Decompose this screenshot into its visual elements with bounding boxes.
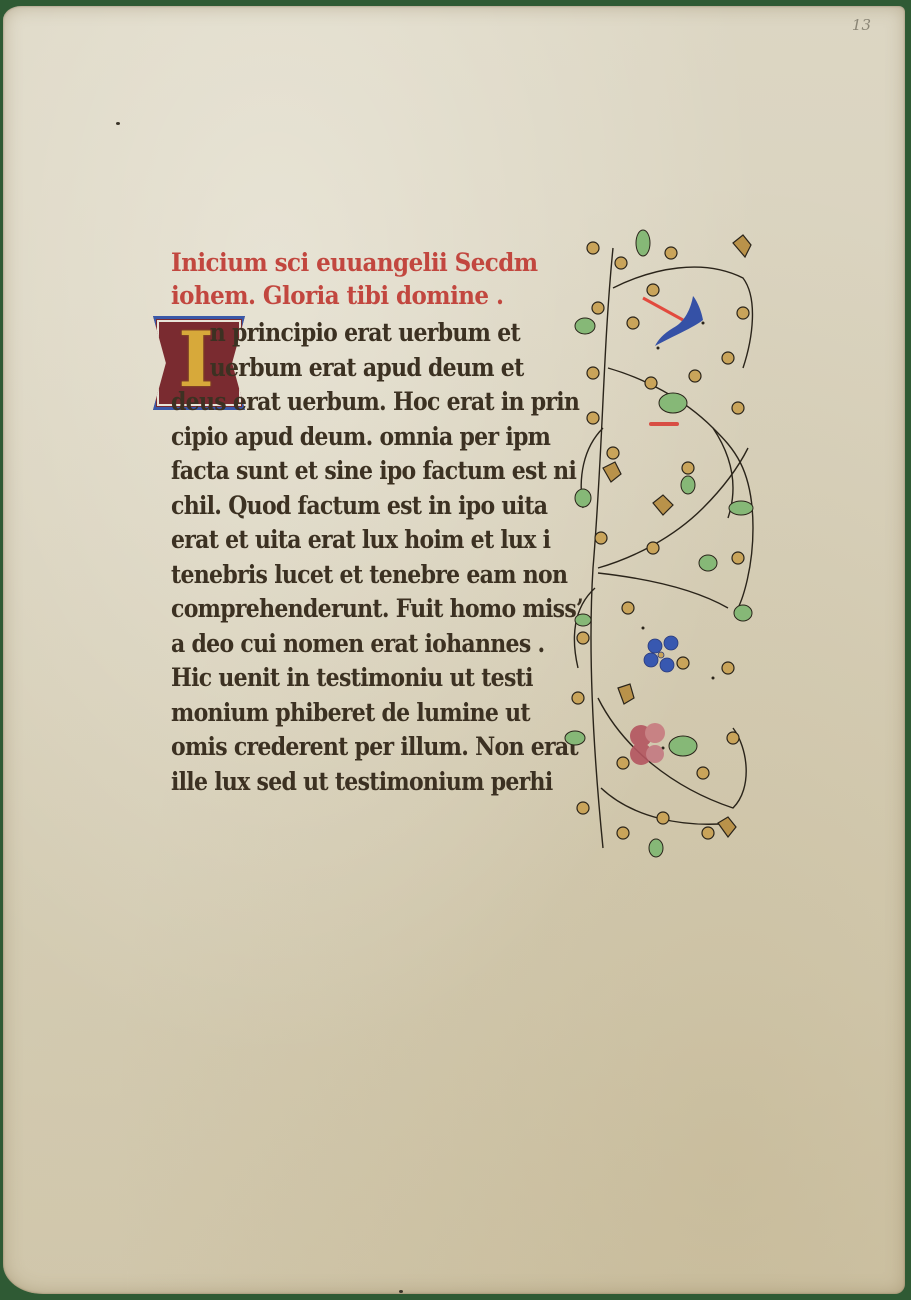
text-line: a deo cui nomen erat iohannes . [171, 627, 519, 662]
gospel-text-block: Inicium sci euuangelii Secdm iohem. Glor… [171, 246, 566, 799]
floral-border-decoration [563, 228, 768, 868]
text-line: deus erat uerbum. Hoc erat in prin [171, 385, 519, 420]
text-line: ille lux sed ut testimonium perhi [171, 765, 519, 800]
rubric-line: Inicium sci euuangelii Secdm [171, 246, 534, 279]
ink-speck [399, 1290, 403, 1293]
blue-bird-icon [643, 296, 703, 346]
text-line: cipio apud deum. omnia per ipm [171, 420, 519, 455]
folio-number: 13 [852, 16, 871, 34]
ink-speck [116, 122, 120, 125]
text-line: comprehenderunt. Fuit homo miss’ [171, 592, 519, 627]
text-line: Hic uenit in testimoniu ut testi [171, 661, 519, 696]
text-line: omis crederent per illum. Non erat [171, 730, 519, 765]
text-line: tenebris lucet et tenebre eam non [171, 558, 519, 593]
blue-flower-icon [644, 636, 678, 672]
text-line: facta sunt et sine ipo factum est ni [171, 454, 519, 489]
red-flower-icon [630, 723, 665, 765]
rubric-line: iohem. Gloria tibi domine . [171, 279, 534, 312]
text-line: monium phiberet de lumine ut [171, 696, 519, 731]
text-line: erat et uita erat lux hoim et lux i [171, 523, 519, 558]
red-dots-icon [649, 422, 679, 426]
green-leaf-icon [565, 230, 753, 857]
text-line: chil. Quod factum est in ipo uita [171, 489, 519, 524]
text-line: n principio erat uerbum et [171, 316, 519, 351]
manuscript-page: 13 Inicium sci euuangelii Secdm iohem. G… [3, 6, 905, 1294]
text-line: uerbum erat apud deum et [171, 351, 519, 386]
